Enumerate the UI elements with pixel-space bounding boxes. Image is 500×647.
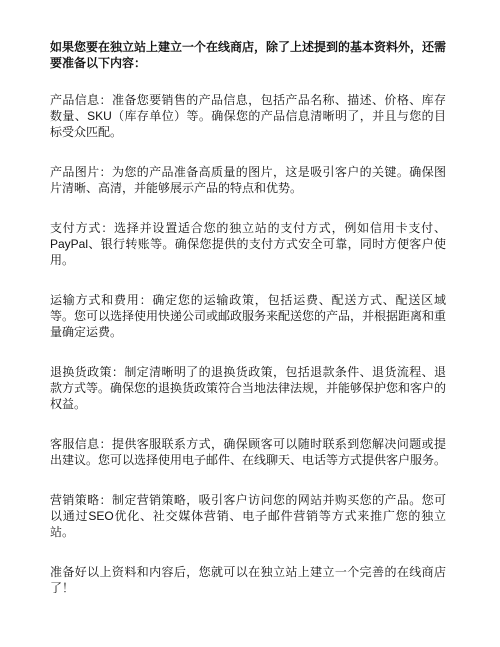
section-label: 支付方式： [50,221,114,235]
closing-paragraph: 准备好以上资料和内容后，您就可以在独立站上建立一个完善的在线商店了！ [50,564,446,596]
section-paragraph-customer-service: 客服信息：提供客服联系方式，确保顾客可以随时联系到您解决问题或提出建议。您可以选… [50,436,446,468]
section-paragraph-product-images: 产品图片：为您的产品准备高质量的图片，这是吸引客户的关键。确保图片清晰、高清，并… [50,164,446,196]
section-paragraph-shipping: 运输方式和费用：确定您的运输政策，包括运费、配送方式、配送区域等。您可以选择使用… [50,292,446,340]
intro-paragraph: 如果您要在独立站上建立一个在线商店，除了上述提到的基本资料外，还需要准备以下内容… [50,39,446,71]
section-label: 产品信息： [50,93,112,107]
section-label: 产品图片： [50,165,112,179]
section-label: 退换货政策： [50,365,124,379]
section-paragraph-marketing: 营销策略：制定营销策略，吸引客户访问您的网站并购买您的产品。您可以通过SEO优化… [50,492,446,540]
section-label: 营销策略： [50,493,112,507]
section-paragraph-product-info: 产品信息：准备您要销售的产品信息，包括产品名称、描述、价格、库存数量、SKU（库… [50,92,446,140]
section-paragraph-payment-methods: 支付方式：选择并设置适合您的独立站的支付方式，例如信用卡支付、PayPal、银行… [50,220,446,268]
section-paragraph-return-policy: 退换货政策：制定清晰明了的退换货政策，包括退款条件、退货流程、退款方式等。确保您… [50,364,446,412]
section-label: 运输方式和费用： [50,293,152,307]
article-page: 如果您要在独立站上建立一个在线商店，除了上述提到的基本资料外，还需要准备以下内容… [0,0,500,647]
section-label: 客服信息： [50,437,112,451]
